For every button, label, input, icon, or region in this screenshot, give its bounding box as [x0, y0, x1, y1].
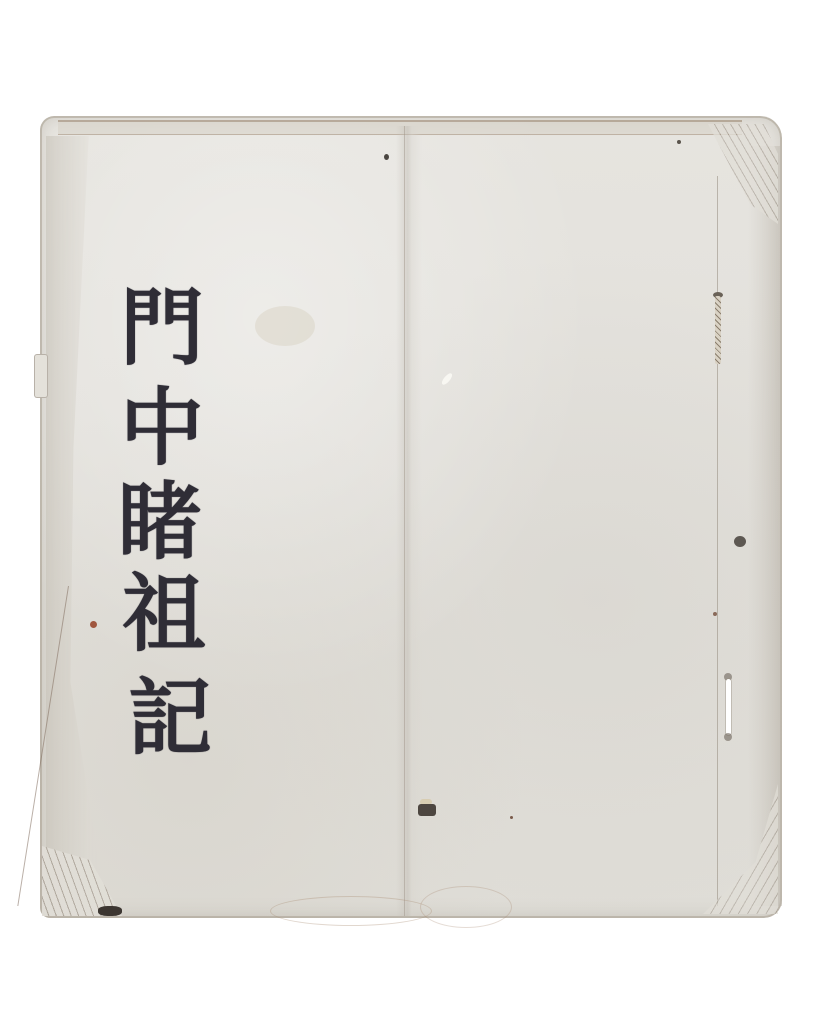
title-character: 祖 [109, 570, 219, 664]
ink-spot [734, 536, 746, 547]
ink-spot [384, 154, 389, 160]
rust-spot [510, 816, 513, 819]
top-right-worn-corner [708, 124, 778, 224]
center-fold [396, 126, 422, 916]
paper-fleck [440, 372, 454, 387]
title-character: 記 [115, 674, 225, 768]
left-paper-scrap [34, 354, 48, 398]
vertical-title: 門 中 睹 祖 記 [106, 284, 226, 754]
dark-stain [98, 906, 122, 916]
title-character: 中 [107, 384, 217, 478]
title-character: 睹 [105, 478, 215, 572]
center-fold-line [404, 126, 405, 916]
booklet-cover: 門 中 睹 祖 記 [40, 116, 782, 918]
ink-spot [418, 804, 436, 816]
water-stain [420, 886, 512, 928]
stitch-hole [724, 733, 732, 741]
title-character: 門 [107, 284, 217, 378]
rust-spot [713, 612, 717, 616]
spine-line [717, 176, 718, 906]
paper-stain [255, 306, 315, 346]
stitch-slot [726, 679, 731, 735]
twisted-thread-stitch [715, 296, 721, 364]
water-stain [270, 896, 432, 926]
rust-spot [90, 621, 97, 628]
ink-spot [677, 140, 681, 144]
